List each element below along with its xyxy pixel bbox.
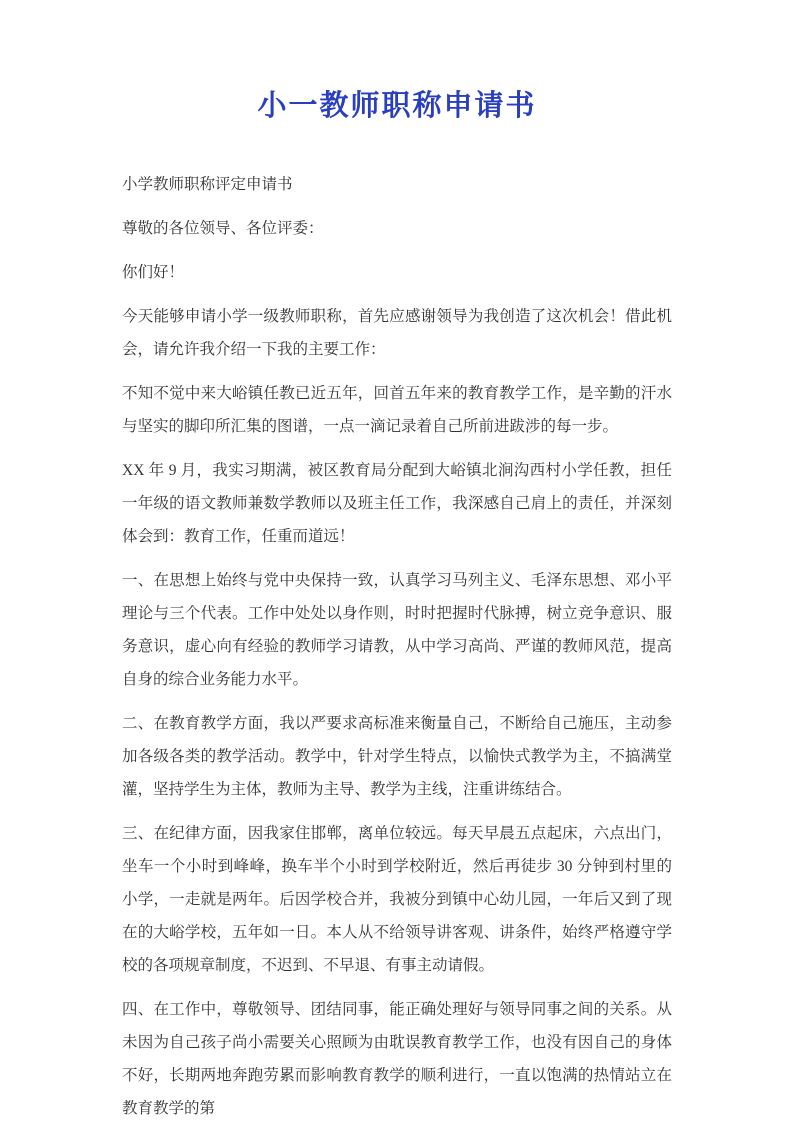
body-paragraph: 二、在教育教学方面，我以严要求高标准来衡量自己，不断给自己施压，主动参加各级各类… [122, 707, 672, 806]
body-paragraph: 一、在思想上始终与党中央保持一致，认真学习马列主义、毛泽东思想、邓小平理论与三个… [122, 564, 672, 696]
body-paragraph: 今天能够申请小学一级教师职称，首先应感谢领导为我创造了这次机会！借此机会，请允许… [122, 300, 672, 366]
document-body: 小学教师职称评定申请书 尊敬的各位领导、各位评委： 你们好！ 今天能够申请小学一… [122, 168, 672, 1122]
body-paragraph: 四、在工作中，尊敬领导、团结同事，能正确处理好与领导同事之间的关系。从未因为自己… [122, 993, 672, 1122]
body-paragraph: 三、在纪律方面，因我家住邯郸，离单位较远。每天早晨五点起床，六点出门，坐车一个小… [122, 817, 672, 982]
body-paragraph: 小学教师职称评定申请书 [122, 168, 672, 201]
document-page: 小一教师职称申请书 小学教师职称评定申请书 尊敬的各位领导、各位评委： 你们好！… [0, 0, 793, 1122]
body-paragraph: XX 年 9 月，我实习期满，被区教育局分配到大峪镇北涧沟西村小学任教，担任一年… [122, 454, 672, 553]
document-title: 小一教师职称申请书 [122, 88, 672, 126]
body-paragraph: 尊敬的各位领导、各位评委： [122, 212, 672, 245]
body-paragraph: 不知不觉中来大峪镇任教已近五年，回首五年来的教育教学工作，是辛勤的汗水与坚实的脚… [122, 377, 672, 443]
body-paragraph: 你们好！ [122, 256, 672, 289]
